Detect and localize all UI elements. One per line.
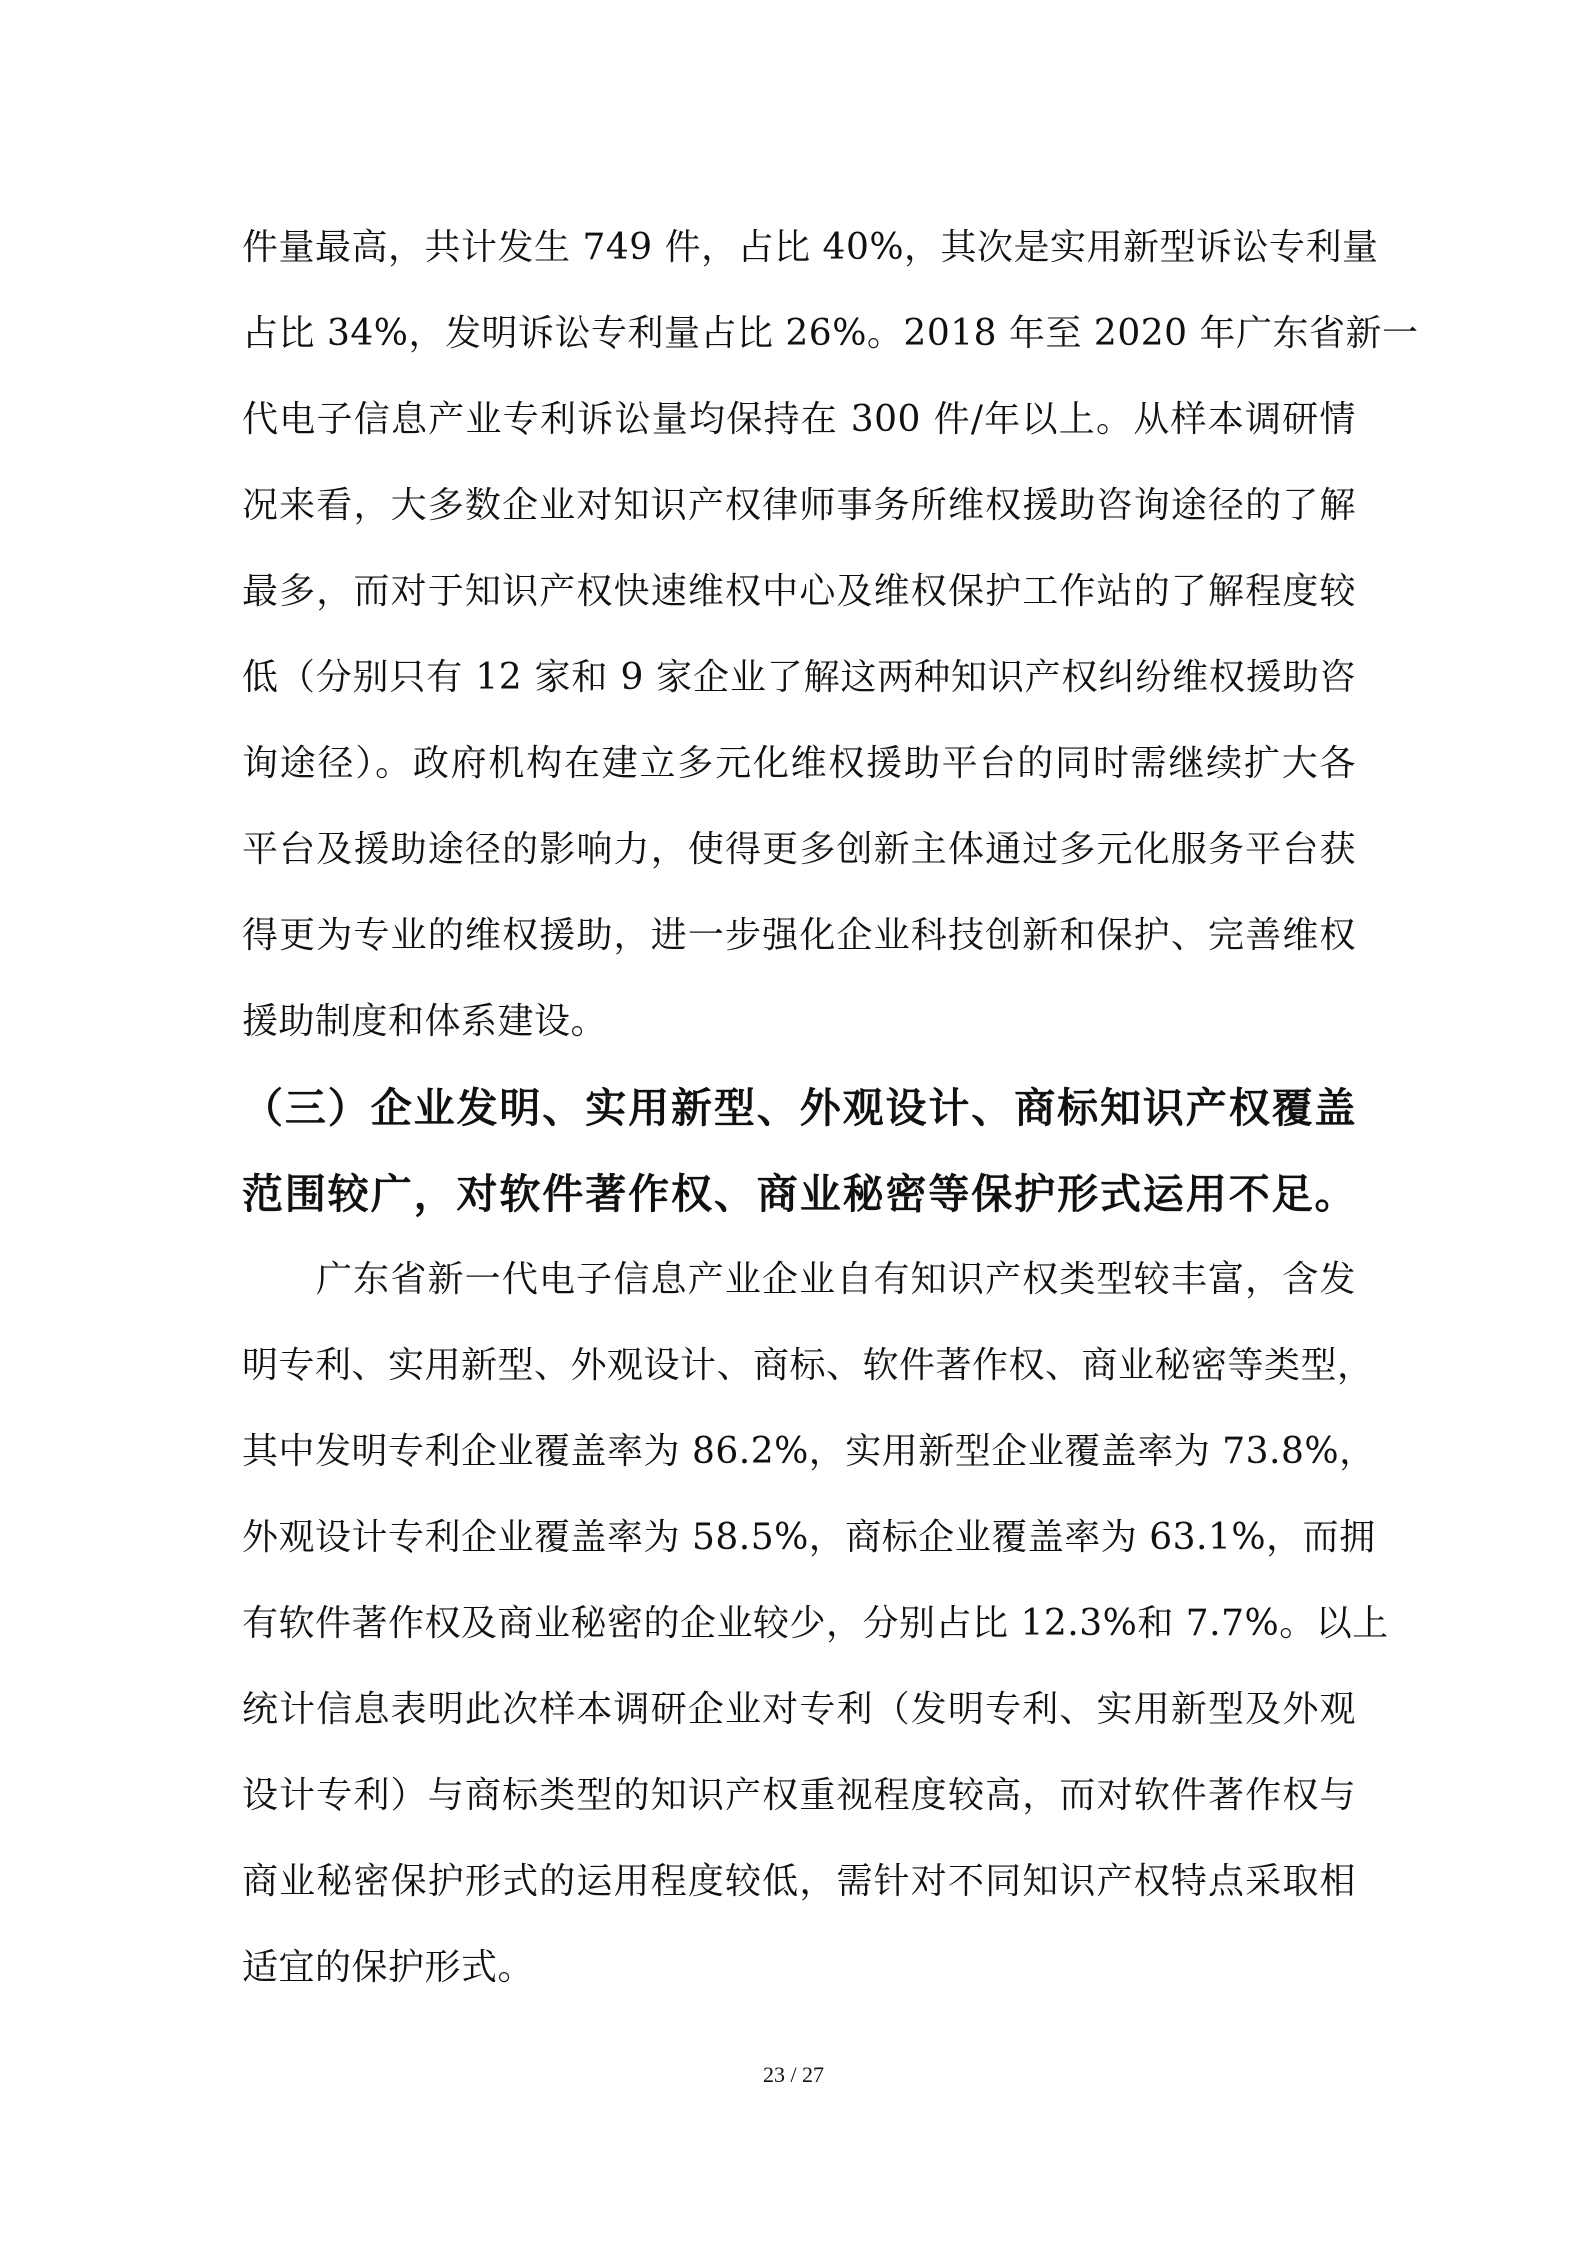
text-line: 适宜的保护形式。 — [242, 1925, 1356, 2011]
text-line: 代电子信息产业专利诉讼量均保持在 300 件/年以上。从样本调研情 — [242, 377, 1356, 463]
paragraph-main: 广东省新一代电子信息产业企业自有知识产权类型较丰富，含发 明专利、实用新型、外观… — [242, 1237, 1356, 2011]
text-line: 广东省新一代电子信息产业企业自有知识产权类型较丰富，含发 — [242, 1237, 1356, 1323]
text-line: 其中发明专利企业覆盖率为 86.2%，实用新型企业覆盖率为 73.8%， — [242, 1409, 1356, 1495]
text-line: 件量最高，共计发生 749 件，占比 40%，其次是实用新型诉讼专利量 — [242, 205, 1356, 291]
paragraph-continuation: 件量最高，共计发生 749 件，占比 40%，其次是实用新型诉讼专利量 占比 3… — [242, 205, 1356, 1065]
text-line: 援助制度和体系建设。 — [242, 979, 1356, 1065]
text-line: 低（分别只有 12 家和 9 家企业了解这两种知识产权纠纷维权援助咨 — [242, 635, 1356, 721]
text-line: 统计信息表明此次样本调研企业对专利（发明专利、实用新型及外观 — [242, 1667, 1356, 1753]
text-line: 商业秘密保护形式的运用程度较低，需针对不同知识产权特点采取相 — [242, 1839, 1356, 1925]
page-number: 23 / 27 — [0, 2062, 1587, 2088]
heading-line: （三）企业发明、实用新型、外观设计、商标知识产权覆盖 — [242, 1065, 1356, 1151]
text-line: 明专利、实用新型、外观设计、商标、软件著作权、商业秘密等类型， — [242, 1323, 1356, 1409]
text-line: 最多，而对于知识产权快速维权中心及维权保护工作站的了解程度较 — [242, 549, 1356, 635]
text-line: 况来看，大多数企业对知识产权律师事务所维权援助咨询途径的了解 — [242, 463, 1356, 549]
text-line: 询途径）。政府机构在建立多元化维权援助平台的同时需继续扩大各 — [242, 721, 1356, 807]
document-page: 件量最高，共计发生 749 件，占比 40%，其次是实用新型诉讼专利量 占比 3… — [242, 205, 1356, 2011]
text-line: 外观设计专利企业覆盖率为 58.5%，商标企业覆盖率为 63.1%，而拥 — [242, 1495, 1356, 1581]
section-heading: （三）企业发明、实用新型、外观设计、商标知识产权覆盖 范围较广，对软件著作权、商… — [242, 1065, 1356, 1237]
text-line: 占比 34%，发明诉讼专利量占比 26%。2018 年至 2020 年广东省新一 — [242, 291, 1356, 377]
text-line: 设计专利）与商标类型的知识产权重视程度较高，而对软件著作权与 — [242, 1753, 1356, 1839]
text-line: 平台及援助途径的影响力，使得更多创新主体通过多元化服务平台获 — [242, 807, 1356, 893]
text-line: 有软件著作权及商业秘密的企业较少，分别占比 12.3%和 7.7%。以上 — [242, 1581, 1356, 1667]
text-line: 得更为专业的维权援助，进一步强化企业科技创新和保护、完善维权 — [242, 893, 1356, 979]
heading-line: 范围较广，对软件著作权、商业秘密等保护形式运用不足。 — [242, 1151, 1356, 1237]
